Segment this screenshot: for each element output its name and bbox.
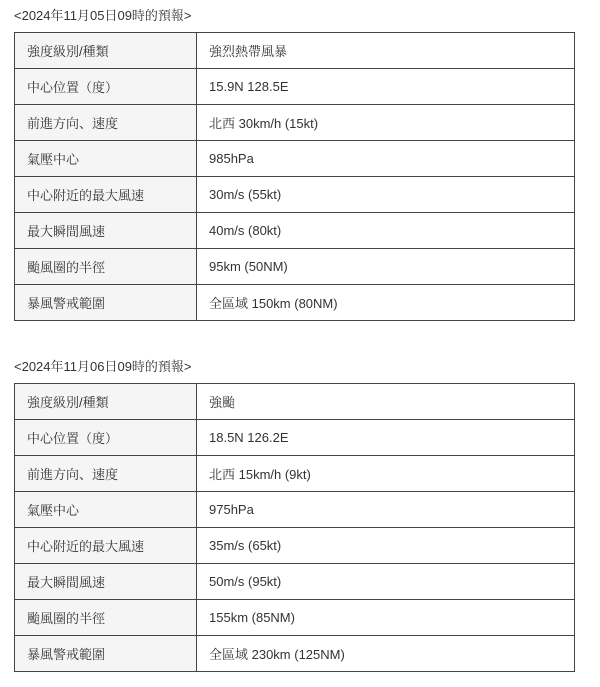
row-label-cell: 強度級別/種類 <box>15 33 197 69</box>
table-row: 中心附近的最大風速 30m/s (55kt) <box>15 177 575 213</box>
table-row: 中心附近的最大風速 35m/s (65kt) <box>15 528 575 564</box>
row-value-cell: 全區域 150km (80NM) <box>197 285 575 321</box>
row-label-cell: 暴風警戒範圍 <box>15 636 197 672</box>
row-label-cell: 前進方向、速度 <box>15 105 197 141</box>
row-value-cell: 985hPa <box>197 141 575 177</box>
row-value-cell: 50m/s (95kt) <box>197 564 575 600</box>
forecast-table-2: 強度級別/種類 強颱 中心位置（度） 18.5N 126.2E 前進方向、速度 … <box>14 383 575 672</box>
row-label-cell: 暴風警戒範圍 <box>15 285 197 321</box>
row-value-cell: 35m/s (65kt) <box>197 528 575 564</box>
table-row: 中心位置（度） 15.9N 128.5E <box>15 69 575 105</box>
table-row: 最大瞬間風速 40m/s (80kt) <box>15 213 575 249</box>
forecast-table-1: 強度級別/種類 強烈熱帶風暴 中心位置（度） 15.9N 128.5E 前進方向… <box>14 32 575 321</box>
table-row: 中心位置（度） 18.5N 126.2E <box>15 420 575 456</box>
row-label-cell: 中心附近的最大風速 <box>15 177 197 213</box>
row-label-cell: 颱風圈的半徑 <box>15 249 197 285</box>
row-label-cell: 最大瞬間風速 <box>15 564 197 600</box>
row-label-cell: 中心位置（度） <box>15 69 197 105</box>
row-label-cell: 最大瞬間風速 <box>15 213 197 249</box>
table-row: 前進方向、速度 北西 30km/h (15kt) <box>15 105 575 141</box>
row-label-cell: 颱風圈的半徑 <box>15 600 197 636</box>
forecast-header-1: <2024年11月05日09時的預報> <box>14 8 586 23</box>
table-row: 前進方向、速度 北西 15km/h (9kt) <box>15 456 575 492</box>
table-row: 強度級別/種類 強颱 <box>15 384 575 420</box>
row-label-cell: 氣壓中心 <box>15 492 197 528</box>
row-value-cell: 15.9N 128.5E <box>197 69 575 105</box>
row-value-cell: 全區域 230km (125NM) <box>197 636 575 672</box>
row-value-cell: 北西 15km/h (9kt) <box>197 456 575 492</box>
table-row: 氣壓中心 975hPa <box>15 492 575 528</box>
row-label-cell: 中心位置（度） <box>15 420 197 456</box>
row-label-cell: 氣壓中心 <box>15 141 197 177</box>
table-row: 颱風圈的半徑 95km (50NM) <box>15 249 575 285</box>
row-label-cell: 強度級別/種類 <box>15 384 197 420</box>
row-label-cell: 中心附近的最大風速 <box>15 528 197 564</box>
table-row: 最大瞬間風速 50m/s (95kt) <box>15 564 575 600</box>
typhoon-forecast-page: <2024年11月05日09時的預報> 強度級別/種類 強烈熱帶風暴 中心位置（… <box>0 0 600 687</box>
table-row: 暴風警戒範圍 全區域 150km (80NM) <box>15 285 575 321</box>
row-value-cell: 975hPa <box>197 492 575 528</box>
row-value-cell: 40m/s (80kt) <box>197 213 575 249</box>
forecast-header-2: <2024年11月06日09時的預報> <box>14 359 586 374</box>
table-row: 強度級別/種類 強烈熱帶風暴 <box>15 33 575 69</box>
row-label-cell: 前進方向、速度 <box>15 456 197 492</box>
row-value-cell: 95km (50NM) <box>197 249 575 285</box>
row-value-cell: 北西 30km/h (15kt) <box>197 105 575 141</box>
row-value-cell: 強颱 <box>197 384 575 420</box>
row-value-cell: 強烈熱帶風暴 <box>197 33 575 69</box>
table-row: 暴風警戒範圍 全區域 230km (125NM) <box>15 636 575 672</box>
row-value-cell: 155km (85NM) <box>197 600 575 636</box>
row-value-cell: 18.5N 126.2E <box>197 420 575 456</box>
table-row: 氣壓中心 985hPa <box>15 141 575 177</box>
table-row: 颱風圈的半徑 155km (85NM) <box>15 600 575 636</box>
row-value-cell: 30m/s (55kt) <box>197 177 575 213</box>
